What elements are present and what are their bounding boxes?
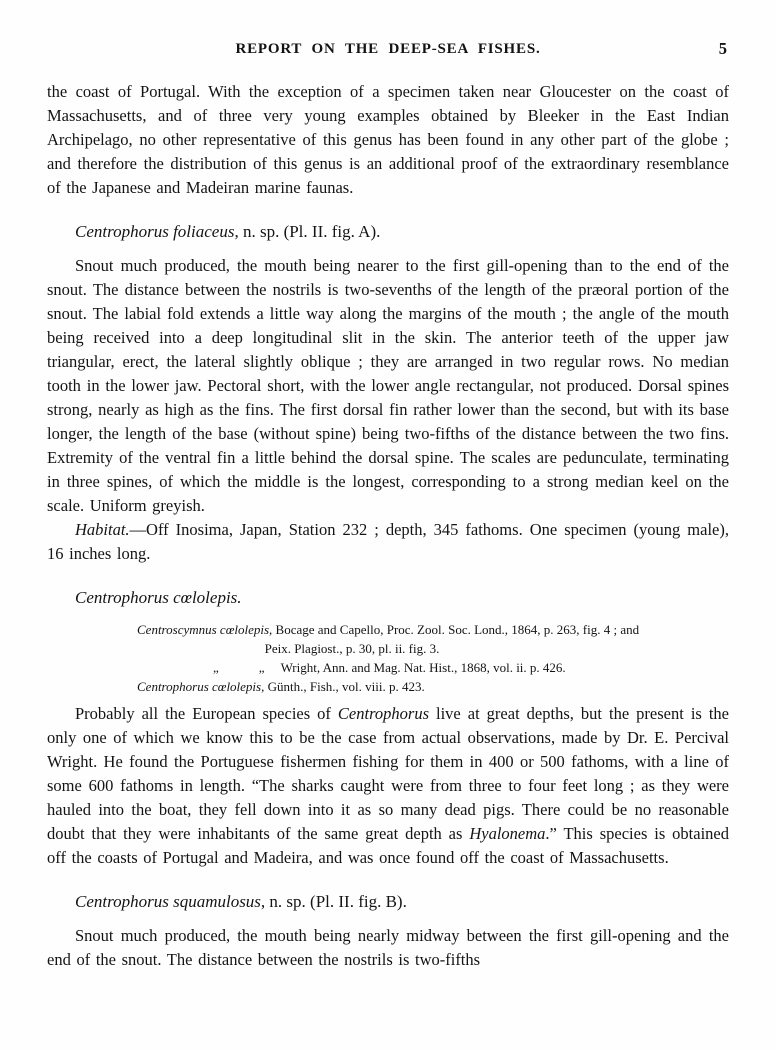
- species-name-squamulosus: Centrophorus squamulosus: [75, 892, 261, 911]
- citation-reference-text: Wright, Ann. and Mag. Nat. Hist., 1868, …: [281, 658, 566, 677]
- paragraph-foliaceus-description: Snout much produced, the mouth being nea…: [47, 254, 729, 518]
- paragraph-squamulosus-description: Snout much produced, the mouth being nea…: [47, 924, 729, 972]
- genus-name-italic: Centrophorus: [338, 704, 429, 723]
- page-header: REPORT ON THE DEEP-SEA FISHES. 5: [47, 40, 729, 64]
- paragraph-genus-distribution: the coast of Portugal. With the exceptio…: [47, 80, 729, 200]
- ditto-mark: „: [213, 658, 219, 677]
- species-name-foliaceus: Centrophorus foliaceus: [75, 222, 234, 241]
- page-body: the coast of Portugal. With the exceptio…: [47, 80, 729, 972]
- hyalonema-italic: Hyalonema: [469, 824, 545, 843]
- discussion-text: Probably all the European species of: [75, 704, 338, 723]
- citation-line-bocage: Centroscymnus cœlolepis, Bocage and Cape…: [137, 620, 729, 639]
- species-heading-foliaceus: Centrophorus foliaceus, n. sp. (Pl. II. …: [75, 220, 729, 244]
- species-name-caelolepis: Centrophorus cœlolepis.: [75, 588, 242, 607]
- citation-reference-text: , Günth., Fish., vol. viii. p. 423.: [261, 679, 425, 694]
- species-heading-squamulosus-suffix: , n. sp. (Pl. II. fig. B).: [261, 892, 407, 911]
- citation-reference-text: , Bocage and Capello, Proc. Zool. Soc. L…: [269, 622, 639, 637]
- habitat-label: Habitat.: [75, 520, 130, 539]
- paragraph-caelolepis-discussion: Probably all the European species of Cen…: [47, 702, 729, 870]
- ditto-mark: „: [259, 658, 265, 677]
- species-heading-caelolepis: Centrophorus cœlolepis.: [75, 586, 729, 610]
- citation-line-wright: „„Wright, Ann. and Mag. Nat. Hist., 1868…: [137, 658, 729, 677]
- running-head-title: REPORT ON THE DEEP-SEA FISHES.: [235, 41, 540, 57]
- page-number: 5: [719, 39, 727, 59]
- synonymy-citation-block: Centroscymnus cœlolepis, Bocage and Cape…: [137, 620, 729, 696]
- citation-species-name: Centrophorus cœlolepis: [137, 679, 261, 694]
- habitat-text: —Off Inosima, Japan, Station 232 ; depth…: [47, 520, 729, 563]
- citation-species-name: Centroscymnus cœlolepis: [137, 622, 269, 637]
- citation-line-guenther: Centrophorus cœlolepis, Günth., Fish., v…: [137, 677, 729, 696]
- discussion-text: live at great depths, but the present is…: [47, 704, 729, 843]
- species-heading-foliaceus-suffix: , n. sp. (Pl. II. fig. A).: [234, 222, 380, 241]
- scanned-report-page: REPORT ON THE DEEP-SEA FISHES. 5 the coa…: [0, 0, 776, 1050]
- citation-line-peix: Peix. Plagiost., p. 30, pl. ii. fig. 3.: [137, 639, 567, 658]
- paragraph-foliaceus-habitat: Habitat.—Off Inosima, Japan, Station 232…: [47, 518, 729, 566]
- species-heading-squamulosus: Centrophorus squamulosus, n. sp. (Pl. II…: [75, 890, 729, 914]
